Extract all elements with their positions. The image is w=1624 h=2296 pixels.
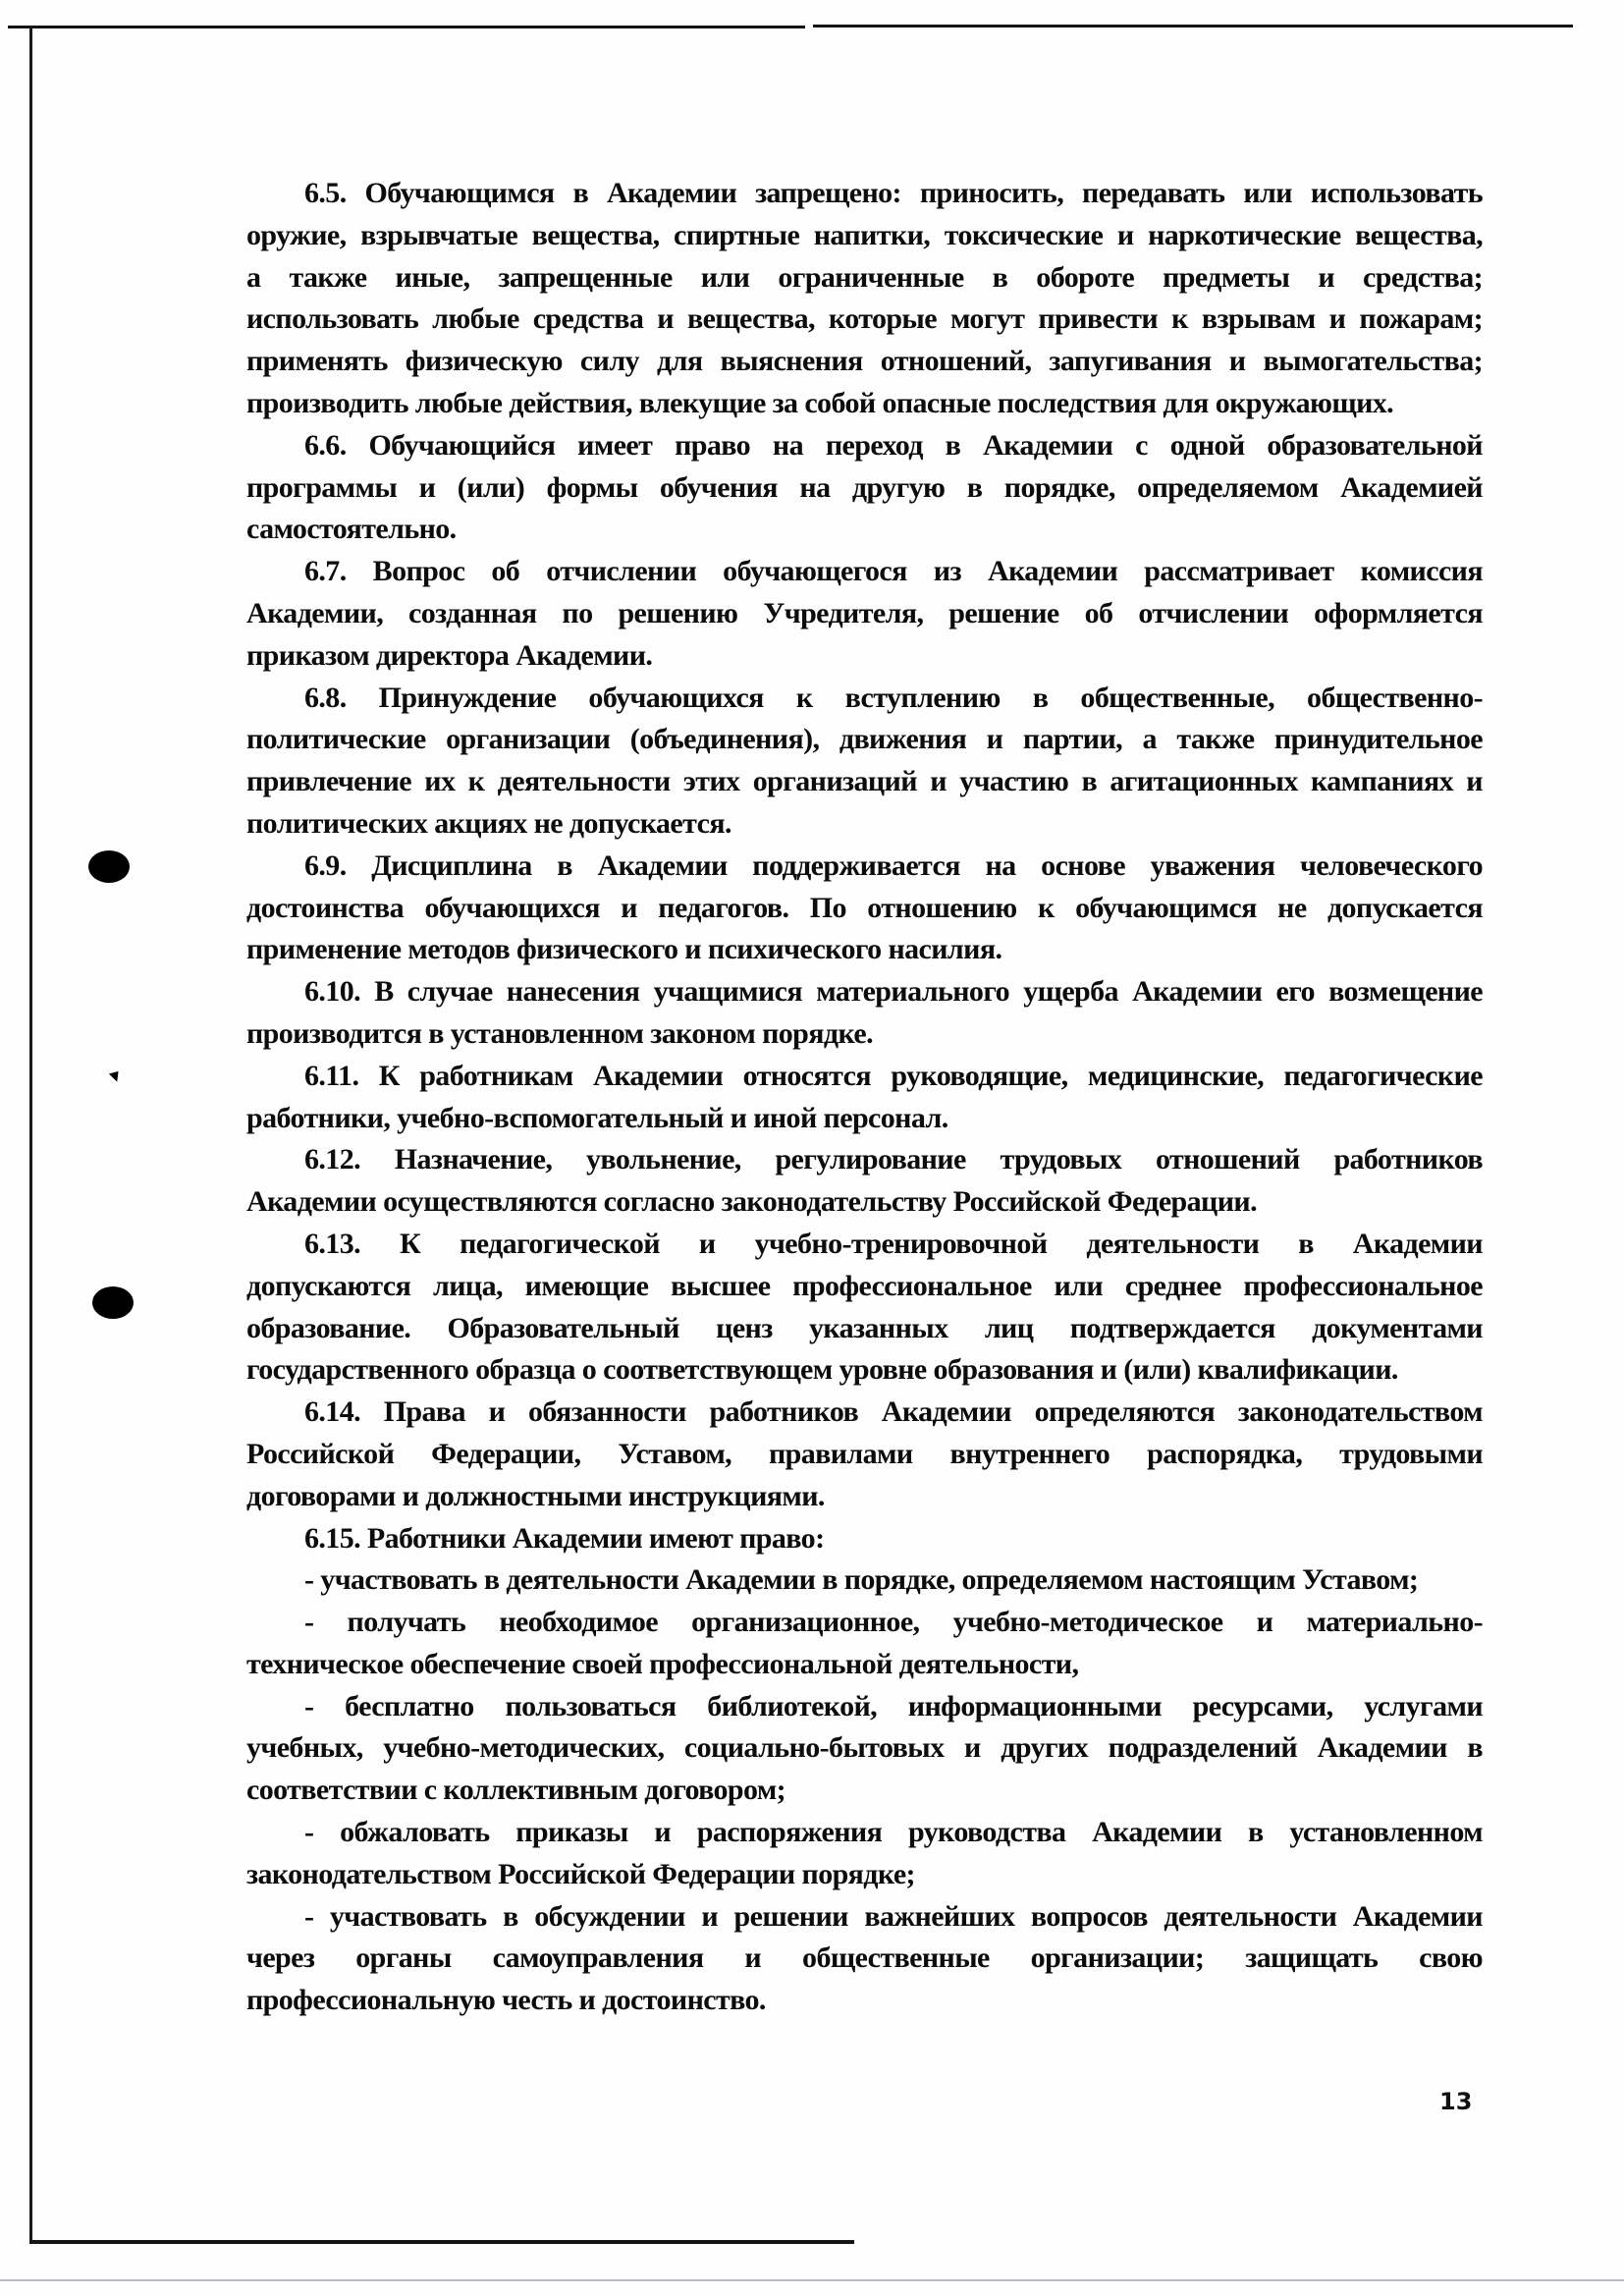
scan-speck-icon xyxy=(109,1071,121,1083)
text-line: применение методов физического и психиче… xyxy=(246,929,1483,971)
text-line: приказом директора Академии. xyxy=(246,635,1483,678)
text-line: через органы самоуправления и общественн… xyxy=(246,1938,1483,1980)
document-body: 6.5. Обучающимся в Академии запрещено: п… xyxy=(246,173,1483,2022)
paragraph-6-14: 6.14. Права и обязанности работников Ака… xyxy=(246,1392,1483,1517)
paragraph-6-8: 6.8. Принуждение обучающихся к вступлени… xyxy=(246,678,1483,846)
text-line: - участвовать в деятельности Академии в … xyxy=(246,1559,1483,1602)
frame-border-left xyxy=(29,27,32,2243)
text-line: 6.12. Назначение, увольнение, регулирова… xyxy=(246,1139,1483,1181)
text-line: законодательством Российской Федерации п… xyxy=(246,1854,1483,1896)
text-line: производится в установленном законом пор… xyxy=(246,1013,1483,1056)
text-line: Академии, созданная по решению Учредител… xyxy=(246,593,1483,635)
paragraph-6-15-bullet-1: - участвовать в деятельности Академии в … xyxy=(246,1559,1483,1602)
text-line: - обжаловать приказы и распоряжения руко… xyxy=(246,1812,1483,1854)
text-line: 6.7. Вопрос об отчислении обучающегося и… xyxy=(246,551,1483,593)
punch-hole-icon xyxy=(88,850,130,883)
text-line: 6.14. Права и обязанности работников Ака… xyxy=(246,1392,1483,1434)
text-line: работники, учебно-вспомогательный и иной… xyxy=(246,1098,1483,1140)
text-line: привлечение их к деятельности этих орган… xyxy=(246,761,1483,803)
text-line: политических акциях не допускается. xyxy=(246,803,1483,846)
text-line: допускаются лица, имеющие высшее професс… xyxy=(246,1266,1483,1308)
paragraph-6-15-bullet-3: - бесплатно пользоваться библиотекой, ин… xyxy=(246,1686,1483,1812)
text-line: 6.15. Работники Академии имеют право: xyxy=(246,1518,1483,1560)
paragraph-6-6: 6.6. Обучающийся имеет право на переход … xyxy=(246,425,1483,551)
text-line: программы и (или) формы обучения на друг… xyxy=(246,467,1483,510)
page-number: 13 xyxy=(1439,2088,1472,2115)
text-line: 6.10. В случае нанесения учащимися матер… xyxy=(246,971,1483,1013)
text-line: 6.13. К педагогической и учебно-трениров… xyxy=(246,1224,1483,1266)
text-line: 6.5. Обучающимся в Академии запрещено: п… xyxy=(246,173,1483,215)
text-line: техническое обеспечение своей профессион… xyxy=(246,1644,1483,1686)
text-line: соответствии с коллективным договором; xyxy=(246,1770,1483,1812)
scan-edge-line xyxy=(0,2279,1624,2281)
paragraph-6-11: 6.11. К работникам Академии относятся ру… xyxy=(246,1056,1483,1140)
paragraph-6-15-bullet-2: - получать необходимое организационное, … xyxy=(246,1602,1483,1686)
paragraph-6-7: 6.7. Вопрос об отчислении обучающегося и… xyxy=(246,551,1483,677)
paragraph-6-10: 6.10. В случае нанесения учащимися матер… xyxy=(246,971,1483,1056)
text-line: Российской Федерации, Уставом, правилами… xyxy=(246,1434,1483,1476)
text-line: Академии осуществляются согласно законод… xyxy=(246,1181,1483,1224)
text-line: договорами и должностными инструкциями. xyxy=(246,1476,1483,1518)
frame-border-top xyxy=(813,25,1573,27)
text-line: достоинства обучающихся и педагогов. По … xyxy=(246,888,1483,930)
text-line: 6.6. Обучающийся имеет право на переход … xyxy=(246,425,1483,467)
text-line: самостоятельно. xyxy=(246,509,1483,551)
paragraph-6-13: 6.13. К педагогической и учебно-трениров… xyxy=(246,1224,1483,1392)
text-line: производить любые действия, влекущие за … xyxy=(246,383,1483,425)
frame-border-top xyxy=(8,26,805,28)
text-line: профессиональную честь и достоинство. xyxy=(246,1980,1483,2022)
scanned-page: 6.5. Обучающимся в Академии запрещено: п… xyxy=(0,0,1624,2296)
paragraph-6-15-bullet-4: - обжаловать приказы и распоряжения руко… xyxy=(246,1812,1483,1896)
text-line: применять физическую силу для выяснения … xyxy=(246,341,1483,383)
text-line: 6.11. К работникам Академии относятся ру… xyxy=(246,1056,1483,1098)
text-line: 6.9. Дисциплина в Академии поддерживаетс… xyxy=(246,846,1483,888)
paragraph-6-5: 6.5. Обучающимся в Академии запрещено: п… xyxy=(246,173,1483,425)
text-line: - получать необходимое организационное, … xyxy=(246,1602,1483,1644)
paragraph-6-9: 6.9. Дисциплина в Академии поддерживаетс… xyxy=(246,846,1483,971)
text-line: учебных, учебно-методических, социально-… xyxy=(246,1727,1483,1770)
text-line: - участвовать в обсуждении и решении важ… xyxy=(246,1896,1483,1939)
text-line: а также иные, запрещенные или ограниченн… xyxy=(246,257,1483,300)
text-line: использовать любые средства и вещества, … xyxy=(246,299,1483,341)
text-line: политические организации (объединения), … xyxy=(246,719,1483,761)
text-line: образование. Образовательный ценз указан… xyxy=(246,1308,1483,1350)
text-line: - бесплатно пользоваться библиотекой, ин… xyxy=(246,1686,1483,1728)
text-line: государственного образца о соответствующ… xyxy=(246,1349,1483,1392)
paragraph-6-12: 6.12. Назначение, увольнение, регулирова… xyxy=(246,1139,1483,1224)
paragraph-6-15-bullet-5: - участвовать в обсуждении и решении важ… xyxy=(246,1896,1483,2022)
frame-border-bottom xyxy=(29,2240,854,2244)
punch-hole-icon xyxy=(92,1286,134,1319)
text-line: 6.8. Принуждение обучающихся к вступлени… xyxy=(246,678,1483,720)
paragraph-6-15: 6.15. Работники Академии имеют право: xyxy=(246,1518,1483,1560)
text-line: оружие, взрывчатые вещества, спиртные на… xyxy=(246,215,1483,257)
